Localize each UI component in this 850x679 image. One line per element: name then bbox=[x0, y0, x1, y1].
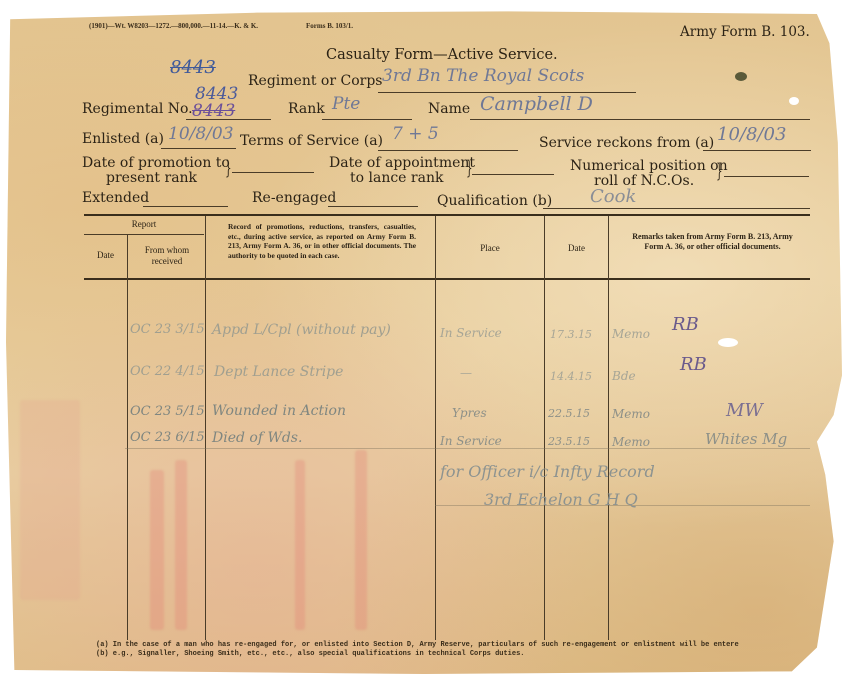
form-number: Army Form B. 103. bbox=[680, 24, 810, 40]
nco-roll-line bbox=[724, 176, 809, 177]
terms-line bbox=[378, 150, 518, 151]
row-from-whom: OC 23 3/15 bbox=[130, 322, 205, 337]
th-report: Report bbox=[84, 219, 204, 230]
table-header-rule bbox=[84, 278, 810, 280]
row-remarks: Memo bbox=[612, 407, 650, 421]
row-from-whom: OC 23 6/15 bbox=[130, 430, 205, 445]
row-place: Ypres bbox=[452, 406, 487, 420]
row-record: Wounded in Action bbox=[212, 403, 346, 419]
struck-number: 8443 bbox=[170, 57, 216, 78]
red-stain bbox=[355, 450, 367, 630]
qualification-line bbox=[543, 208, 810, 209]
footnote-a: (a) In the case of a man who has re-enga… bbox=[96, 641, 739, 649]
reengaged-line bbox=[328, 206, 418, 207]
enlisted-line bbox=[161, 148, 236, 149]
row-place: In Service bbox=[440, 326, 502, 340]
lance-rank-label-2: to lance rank bbox=[350, 170, 443, 186]
service-reckons-label: Service reckons from (a) bbox=[539, 135, 714, 151]
col-divider bbox=[544, 216, 545, 640]
nco-roll-label-1: Numerical position on bbox=[570, 158, 728, 174]
promotion-label-2: present rank bbox=[106, 170, 197, 186]
th-place: Place bbox=[436, 243, 544, 254]
brace: } bbox=[716, 158, 722, 182]
table-top-rule bbox=[84, 214, 810, 216]
row-record: Died of Wds. bbox=[212, 430, 302, 446]
brace: } bbox=[466, 155, 472, 179]
forms-code: Forms B. 103/1. bbox=[306, 22, 353, 30]
name-line bbox=[470, 119, 810, 120]
th-record: Record of promotions, reductions, transf… bbox=[228, 222, 416, 260]
red-stain bbox=[20, 400, 80, 600]
footnote-b: (b) e.g., Signaller, Shoeing Smith, etc.… bbox=[96, 650, 524, 658]
row-initials: Whites Mg bbox=[705, 430, 787, 448]
row-record: Dept Lance Stripe bbox=[214, 364, 343, 380]
row-from-whom: OC 22 4/15 bbox=[130, 364, 205, 379]
enlisted-value[interactable]: 10/8/03 bbox=[168, 124, 234, 144]
row-initials: RB bbox=[680, 354, 707, 375]
regiment-label: Regiment or Corps bbox=[248, 73, 382, 89]
rank-line bbox=[322, 119, 412, 120]
red-stain bbox=[150, 470, 164, 630]
th-date2: Date bbox=[545, 243, 608, 254]
col-divider bbox=[205, 216, 206, 640]
row-remarks: Bde bbox=[612, 369, 636, 383]
enlisted-label: Enlisted (a) bbox=[82, 131, 164, 147]
promotion-line bbox=[232, 172, 314, 173]
regiment-value[interactable]: 3rd Bn The Royal Scots bbox=[382, 66, 584, 86]
terms-label: Terms of Service (a) bbox=[240, 133, 383, 149]
red-stain bbox=[295, 460, 305, 630]
col-divider bbox=[608, 216, 609, 640]
row-date: 14.4.15 bbox=[550, 370, 592, 383]
row-date: 22.5.15 bbox=[548, 407, 590, 420]
regimental-no-label: Regimental No. bbox=[82, 101, 193, 117]
name-label: Name bbox=[428, 101, 470, 117]
qualification-value[interactable]: Cook bbox=[590, 186, 636, 207]
print-code: (1901)—Wt. W8203—1272.—800,000.—11-14.—K… bbox=[89, 22, 258, 30]
qualification-label: Qualification (b) bbox=[437, 193, 552, 209]
row-remarks: Memo bbox=[612, 327, 650, 341]
row-record: Appd L/Cpl (without pay) bbox=[212, 322, 391, 338]
promotion-label-1: Date of promotion to bbox=[82, 155, 230, 171]
row-rule bbox=[125, 448, 810, 449]
regimental-no-struck: 8443 bbox=[192, 101, 235, 121]
rank-value[interactable]: Pte bbox=[332, 94, 360, 114]
row-place: — bbox=[460, 366, 472, 380]
name-value[interactable]: Campbell D bbox=[480, 93, 593, 115]
lance-rank-line bbox=[472, 174, 554, 175]
col-divider bbox=[127, 235, 128, 640]
form-title: Casualty Form—Active Service. bbox=[326, 47, 558, 63]
col-divider bbox=[435, 216, 436, 640]
report-subrule bbox=[84, 234, 204, 235]
th-from-whom: From whom received bbox=[130, 245, 204, 267]
reengaged-label: Re-engaged bbox=[252, 190, 336, 206]
red-stain bbox=[175, 460, 187, 630]
row-date: 17.3.15 bbox=[550, 328, 592, 341]
row-date: 23.5.15 bbox=[548, 435, 590, 448]
row-from-whom: OC 23 5/15 bbox=[130, 404, 205, 419]
th-remarks: Remarks taken from Army Form B. 213, Arm… bbox=[630, 232, 795, 252]
terms-value[interactable]: 7 + 5 bbox=[392, 124, 439, 144]
annotation-line-1: for Officer i/c Infty Record bbox=[440, 462, 655, 481]
row-initials: MW bbox=[726, 400, 763, 421]
brace: } bbox=[225, 155, 231, 179]
extended-line bbox=[143, 206, 228, 207]
row-remarks: Memo bbox=[612, 435, 650, 449]
row-place: In Service bbox=[440, 434, 502, 448]
punch-hole bbox=[789, 97, 799, 105]
service-reckons-line bbox=[703, 150, 811, 151]
lance-rank-label-1: Date of appointment bbox=[329, 155, 475, 171]
punch-hole bbox=[718, 338, 738, 347]
rank-label: Rank bbox=[288, 101, 325, 117]
rust-hole bbox=[735, 72, 747, 81]
th-date: Date bbox=[84, 250, 127, 261]
extended-label: Extended bbox=[82, 190, 149, 206]
annotation-line-2: 3rd Echelon G H Q bbox=[484, 490, 638, 509]
service-reckons-value[interactable]: 10/8/03 bbox=[717, 124, 786, 145]
row-initials: RB bbox=[672, 314, 699, 335]
